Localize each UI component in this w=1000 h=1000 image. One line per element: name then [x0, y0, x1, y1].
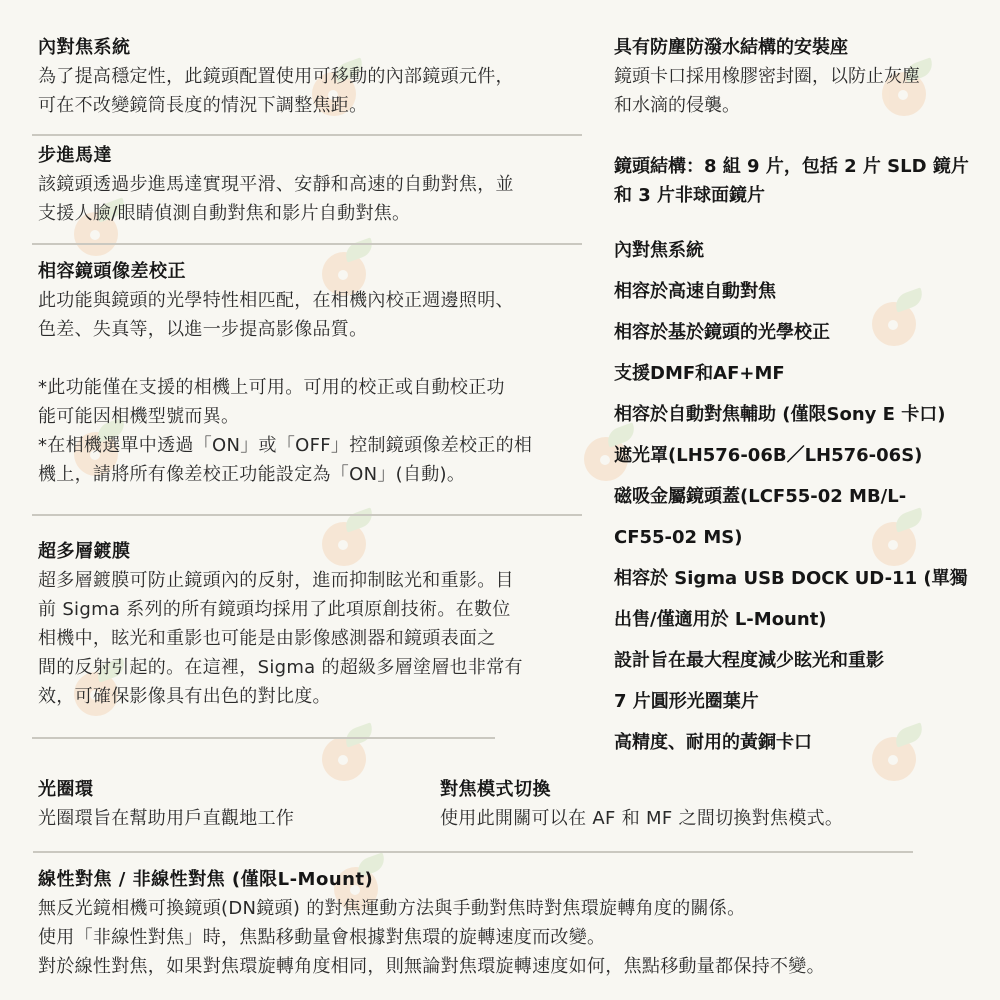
feature-item: 設計旨在最大程度減少眩光和重影 — [614, 640, 1000, 681]
feature-item: 磁吸金屬鏡頭蓋(LCF55-02 MB/L- — [614, 476, 1000, 517]
section-text-line: 超多層鍍膜可防止鏡頭內的反射，進而抑制眩光和重影。目 — [38, 566, 583, 595]
note-line: *此功能僅在支援的相機上可用。可用的校正或自動校正功 — [38, 373, 583, 402]
section-title: 光圈環 — [38, 776, 418, 804]
section-title: 對焦模式切換 — [440, 776, 940, 804]
section-linear-focus: 線性對焦 / 非線性對焦 (僅限L-Mount) 無反光鏡相機可換鏡頭(DN鏡頭… — [38, 866, 978, 981]
section-title: 內對焦系統 — [38, 34, 583, 62]
section-text-line: 間的反射引起的。在這裡，Sigma 的超級多層塗層也非常有 — [38, 653, 583, 682]
feature-item: 相容於基於鏡頭的光學校正 — [614, 312, 1000, 353]
section-text-line: 為了提高穩定性，此鏡頭配置使用可移動的內部鏡頭元件， — [38, 62, 583, 91]
section-title: 步進馬達 — [38, 142, 583, 170]
feature-item: 相容於自動對焦輔助 (僅限Sony E 卡口) — [614, 394, 1000, 435]
lens-construction: 鏡頭結構：8 組 9 片，包括 2 片 SLD 鏡片 和 3 片非球面鏡片 — [614, 152, 1000, 210]
section-focus-mode-switch: 對焦模式切換 使用此開關可以在 AF 和 MF 之間切換對焦模式。 — [440, 776, 940, 833]
section-text-line: 鏡頭卡口採用橡膠密封圈，以防止灰塵 — [614, 62, 994, 91]
section-title: 具有防塵防潑水結構的安裝座 — [614, 34, 994, 62]
section-weather-sealed-mount: 具有防塵防潑水結構的安裝座 鏡頭卡口採用橡膠密封圈，以防止灰塵 和水滴的侵襲。 — [614, 34, 994, 120]
feature-item: CF55-02 MS) — [614, 517, 1000, 558]
divider — [32, 514, 582, 516]
section-text-line: 此功能與鏡頭的光學特性相匹配，在相機內校正週邊照明、 — [38, 286, 583, 315]
section-text-line: 前 Sigma 系列的所有鏡頭均採用了此項原創技術。在數位 — [38, 595, 583, 624]
section-stepping-motor: 步進馬達 該鏡頭透過步進馬達實現平滑、安靜和高速的自動對焦，並 支援人臉/眼睛偵… — [38, 142, 583, 228]
section-text-line: 該鏡頭透過步進馬達實現平滑、安靜和高速的自動對焦，並 — [38, 170, 583, 199]
section-text-line: 無反光鏡相機可換鏡頭(DN鏡頭) 的對焦運動方法與手動對焦時對焦環旋轉角度的關係… — [38, 894, 978, 923]
spacer — [38, 344, 583, 373]
section-text-line: 對於線性對焦，如果對焦環旋轉角度相同，則無論對焦環旋轉速度如何，焦點移動量都保持… — [38, 952, 978, 981]
note-line: *在相機選單中透過「ON」或「OFF」控制鏡頭像差校正的相 — [38, 431, 583, 460]
divider — [32, 134, 582, 136]
section-title: 相容鏡頭像差校正 — [38, 258, 583, 286]
divider — [33, 851, 913, 853]
section-aberration-correction: 相容鏡頭像差校正 此功能與鏡頭的光學特性相匹配，在相機內校正週邊照明、 色差、失… — [38, 258, 583, 489]
section-internal-focus: 內對焦系統 為了提高穩定性，此鏡頭配置使用可移動的內部鏡頭元件， 可在不改變鏡筒… — [38, 34, 583, 120]
watermark-logo-icon — [318, 725, 376, 783]
feature-item: 支援DMF和AF+MF — [614, 353, 1000, 394]
divider — [32, 243, 582, 245]
feature-item: 遮光罩(LH576-06B／LH576-06S) — [614, 435, 1000, 476]
feature-item: 出售/僅適用於 L-Mount) — [614, 599, 1000, 640]
feature-item: 相容於高速自動對焦 — [614, 271, 1000, 312]
section-super-multi-layer-coating: 超多層鍍膜 超多層鍍膜可防止鏡頭內的反射，進而抑制眩光和重影。目 前 Sigma… — [38, 538, 583, 711]
construction-line: 鏡頭結構：8 組 9 片，包括 2 片 SLD 鏡片 — [614, 152, 1000, 181]
section-text-line: 色差、失真等，以進一步提高影像品質。 — [38, 315, 583, 344]
construction-line: 和 3 片非球面鏡片 — [614, 181, 1000, 210]
feature-item: 7 片圓形光圈葉片 — [614, 681, 1000, 722]
section-text-line: 相機中，眩光和重影也可能是由影像感測器和鏡頭表面之 — [38, 624, 583, 653]
section-text-line: 使用「非線性對焦」時，焦點移動量會根據對焦環的旋轉速度而改變。 — [38, 923, 978, 952]
feature-item: 相容於 Sigma USB DOCK UD-11 (單獨 — [614, 558, 1000, 599]
divider — [32, 737, 495, 739]
section-title: 超多層鍍膜 — [38, 538, 583, 566]
feature-item: 高精度、耐用的黃銅卡口 — [614, 722, 1000, 763]
section-aperture-ring: 光圈環 光圈環旨在幫助用戶直觀地工作 — [38, 776, 418, 833]
section-text: 使用此開關可以在 AF 和 MF 之間切換對焦模式。 — [440, 804, 940, 833]
feature-list: 內對焦系統 相容於高速自動對焦 相容於基於鏡頭的光學校正 支援DMF和AF+MF… — [614, 230, 1000, 763]
section-text: 光圈環旨在幫助用戶直觀地工作 — [38, 804, 418, 833]
note-line: 能可能因相機型號而異。 — [38, 402, 583, 431]
section-text-line: 和水滴的侵襲。 — [614, 91, 994, 120]
section-title: 線性對焦 / 非線性對焦 (僅限L-Mount) — [38, 866, 978, 894]
section-text-line: 支援人臉/眼睛偵測自動對焦和影片自動對焦。 — [38, 199, 583, 228]
product-spec-page: 內對焦系統 為了提高穩定性，此鏡頭配置使用可移動的內部鏡頭元件， 可在不改變鏡筒… — [0, 0, 1000, 1000]
feature-item: 內對焦系統 — [614, 230, 1000, 271]
note-line: 機上，請將所有像差校正功能設定為「ON」(自動)。 — [38, 460, 583, 489]
section-text-line: 可在不改變鏡筒長度的情況下調整焦距。 — [38, 91, 583, 120]
section-text-line: 效，可確保影像具有出色的對比度。 — [38, 682, 583, 711]
